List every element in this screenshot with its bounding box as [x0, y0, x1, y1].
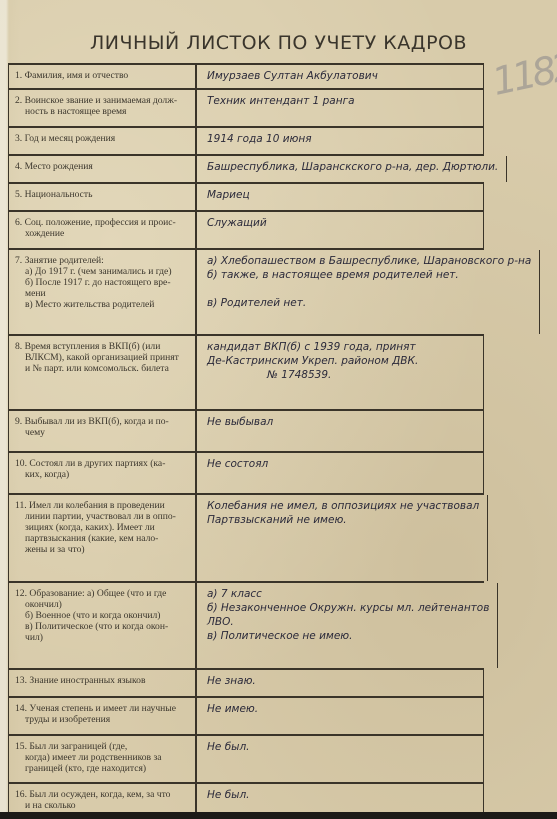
handwritten-answer: Не был. — [197, 736, 484, 782]
question-text-line: чил) — [15, 632, 189, 643]
handwritten-answer: а) Хлебопашеством в Башреспублике, Шаран… — [197, 250, 540, 334]
form-row: 2. Воинское звание и занимаемая долж-нос… — [8, 90, 484, 128]
question-text-line: 13. Знание иностранных языков — [15, 675, 189, 686]
handwritten-answer: Башреспублика, Шаранскского р-на, дер. Д… — [197, 156, 507, 182]
form-row: 3. Год и месяц рождения1914 года 10 июня — [8, 128, 484, 156]
form-row: 12. Образование: а) Общее (что и гдеокон… — [8, 583, 484, 670]
question-text-line: 3. Год и месяц рождения — [15, 133, 189, 144]
answer-text-line: а) 7 класс — [207, 587, 489, 601]
question-text-line: окончил) — [15, 599, 189, 610]
question-text-line: б) Военное (что и когда окончил) — [15, 610, 189, 621]
question-label: 12. Образование: а) Общее (что и гдеокон… — [8, 583, 197, 668]
answer-text-line: а) Хлебопашеством в Башреспублике, Шаран… — [207, 254, 531, 268]
question-text-line: 12. Образование: а) Общее (что и где — [15, 588, 189, 599]
handwritten-answer: Техник интендант 1 ранга — [197, 90, 484, 126]
question-text-line: хождение — [15, 228, 189, 239]
answer-text-line: Партвзысканий не имею. — [207, 513, 479, 527]
question-label: 4. Место рождения — [8, 156, 197, 182]
question-text-line: жены и за что) — [15, 544, 189, 555]
question-text-line: 5. Национальность — [15, 189, 189, 200]
question-text-line: в) Место жительства родителей — [15, 299, 189, 310]
handwritten-answer: Имурзаев Султан Акбулатович — [197, 65, 484, 88]
document-page: ЛИЧНЫЙ ЛИСТОК ПО УЧЕТУ КАДРОВ 1182 1. Фа… — [0, 0, 557, 812]
question-label: 6. Соц. положение, профессия и проис-хож… — [8, 212, 197, 248]
question-text-line: когда) имеет ли родственников за — [15, 752, 189, 763]
question-text-line: мени — [15, 288, 189, 299]
question-text-line: ких, когда) — [15, 469, 189, 480]
personnel-form-table: 1. Фамилия, имя и отчествоИмурзаев Султа… — [8, 63, 484, 819]
answer-text-line — [207, 282, 531, 296]
question-text-line: труды и изобретения — [15, 714, 189, 725]
handwritten-answer: кандидат ВКП(б) с 1939 года, принятДе-Ка… — [197, 336, 484, 409]
question-label: 5. Национальность — [8, 184, 197, 210]
answer-text-line: Служащий — [207, 216, 475, 230]
question-text-line: партвзыскания (какие, кем нало- — [15, 533, 189, 544]
answer-text-line: Не состоял — [207, 457, 475, 471]
handwritten-answer: Колебания не имел, в оппозициях не участ… — [197, 495, 488, 581]
question-text-line: б) После 1917 г. до настоящего вре- — [15, 277, 189, 288]
question-text-line: 16. Был ли осужден, когда, кем, за что — [15, 789, 189, 800]
scan-edge — [0, 812, 557, 819]
form-row: 7. Занятие родителей:а) До 1917 г. (чем … — [8, 250, 484, 336]
form-row: 11. Имел ли колебания в проведениилинии … — [8, 495, 484, 583]
answer-text-line: Не имею. — [207, 702, 475, 716]
question-text-line: 7. Занятие родителей: — [15, 255, 189, 266]
handwritten-answer: Не имею. — [197, 698, 484, 734]
answer-text-line: Де-Кастринским Укреп. районом ДВК. — [207, 354, 475, 368]
question-text-line: в) Политическое (что и когда окон- — [15, 621, 189, 632]
answer-text-line: в) Политическое не имею. — [207, 629, 489, 643]
answer-text-line: Башреспублика, Шаранскского р-на, дер. Д… — [207, 160, 498, 174]
form-row: 5. НациональностьМариец — [8, 184, 484, 212]
question-text-line: чему — [15, 427, 189, 438]
question-label: 14. Ученая степень и имеет ли научныетру… — [8, 698, 197, 734]
handwritten-answer: 1914 года 10 июня — [197, 128, 484, 154]
form-row: 10. Состоял ли в других партиях (ка-ких,… — [8, 453, 484, 495]
answer-text-line: кандидат ВКП(б) с 1939 года, принят — [207, 340, 475, 354]
question-text-line: 4. Место рождения — [15, 161, 189, 172]
form-row: 14. Ученая степень и имеет ли научныетру… — [8, 698, 484, 736]
answer-text-line: Колебания не имел, в оппозициях не участ… — [207, 499, 479, 513]
question-text-line: зициях (когда, каких). Имеет ли — [15, 522, 189, 533]
question-label: 3. Год и месяц рождения — [8, 128, 197, 154]
question-text-line: и на сколько — [15, 800, 189, 811]
form-row: 15. Был ли заграницей (где,когда) имеет … — [8, 736, 484, 784]
answer-text-line: 1914 года 10 июня — [207, 132, 475, 146]
question-text-line: линии партии, участвовал ли в оппо- — [15, 511, 189, 522]
page-title: ЛИЧНЫЙ ЛИСТОК ПО УЧЕТУ КАДРОВ — [0, 32, 557, 54]
question-label: 7. Занятие родителей:а) До 1917 г. (чем … — [8, 250, 197, 334]
form-row: 1. Фамилия, имя и отчествоИмурзаев Султа… — [8, 65, 484, 90]
answer-text-line: Не знаю. — [207, 674, 475, 688]
form-row: 4. Место рожденияБашреспублика, Шаранскс… — [8, 156, 484, 184]
form-row: 9. Выбывал ли из ВКП(б), когда и по-чему… — [8, 411, 484, 453]
handwritten-answer: Не состоял — [197, 453, 484, 493]
answer-text-line: б) Незаконченное Окружн. курсы мл. лейте… — [207, 601, 489, 615]
answer-text-line: б) также, в настоящее время родителей не… — [207, 268, 531, 282]
question-text-line: 15. Был ли заграницей (где, — [15, 741, 189, 752]
question-text-line: 2. Воинское звание и занимаемая долж- — [15, 95, 189, 106]
question-label: 13. Знание иностранных языков — [8, 670, 197, 696]
answer-text-line: Имурзаев Султан Акбулатович — [207, 69, 475, 83]
question-text-line: а) До 1917 г. (чем занимались и где) — [15, 266, 189, 277]
question-text-line: 1. Фамилия, имя и отчество — [15, 70, 189, 81]
question-label: 15. Был ли заграницей (где,когда) имеет … — [8, 736, 197, 782]
handwritten-answer: а) 7 классб) Незаконченное Окружн. курсы… — [197, 583, 498, 668]
form-row: 13. Знание иностранных языковНе знаю. — [8, 670, 484, 698]
question-text-line: 9. Выбывал ли из ВКП(б), когда и по- — [15, 416, 189, 427]
question-text-line: 10. Состоял ли в других партиях (ка- — [15, 458, 189, 469]
answer-text-line: в) Родителей нет. — [207, 296, 531, 310]
answer-text-line: Не был. — [207, 740, 475, 754]
question-text-line: 14. Ученая степень и имеет ли научные — [15, 703, 189, 714]
question-label: 8. Время вступления в ВКП(б) (илиВЛКСМ),… — [8, 336, 197, 409]
question-label: 9. Выбывал ли из ВКП(б), когда и по-чему — [8, 411, 197, 451]
question-label: 1. Фамилия, имя и отчество — [8, 65, 197, 88]
handwritten-answer: Мариец — [197, 184, 484, 210]
answer-text-line: Не был. — [207, 788, 475, 802]
question-text-line: границей (кто, где находится) — [15, 763, 189, 774]
question-label: 10. Состоял ли в других партиях (ка-ких,… — [8, 453, 197, 493]
question-text-line: 6. Соц. положение, профессия и проис- — [15, 217, 189, 228]
handwritten-answer: Не выбывал — [197, 411, 484, 451]
question-label: 2. Воинское звание и занимаемая долж-нос… — [8, 90, 197, 126]
question-text-line: и № парт. или комсомольск. билета — [15, 363, 189, 374]
question-text-line: ВЛКСМ), какой организацией принят — [15, 352, 189, 363]
answer-text-line: ЛВО. — [207, 615, 489, 629]
question-text-line: 8. Время вступления в ВКП(б) (или — [15, 341, 189, 352]
answer-text-line: Не выбывал — [207, 415, 475, 429]
question-text-line: ность в настоящее время — [15, 106, 189, 117]
form-row: 6. Соц. положение, профессия и проис-хож… — [8, 212, 484, 250]
handwritten-answer: Служащий — [197, 212, 484, 248]
answer-text-line: № 1748539. — [207, 368, 475, 382]
question-label: 11. Имел ли колебания в проведениилинии … — [8, 495, 197, 581]
answer-text-line: Мариец — [207, 188, 475, 202]
answer-text-line: Техник интендант 1 ранга — [207, 94, 475, 108]
form-row: 8. Время вступления в ВКП(б) (илиВЛКСМ),… — [8, 336, 484, 411]
handwritten-answer: Не знаю. — [197, 670, 484, 696]
question-text-line: 11. Имел ли колебания в проведении — [15, 500, 189, 511]
